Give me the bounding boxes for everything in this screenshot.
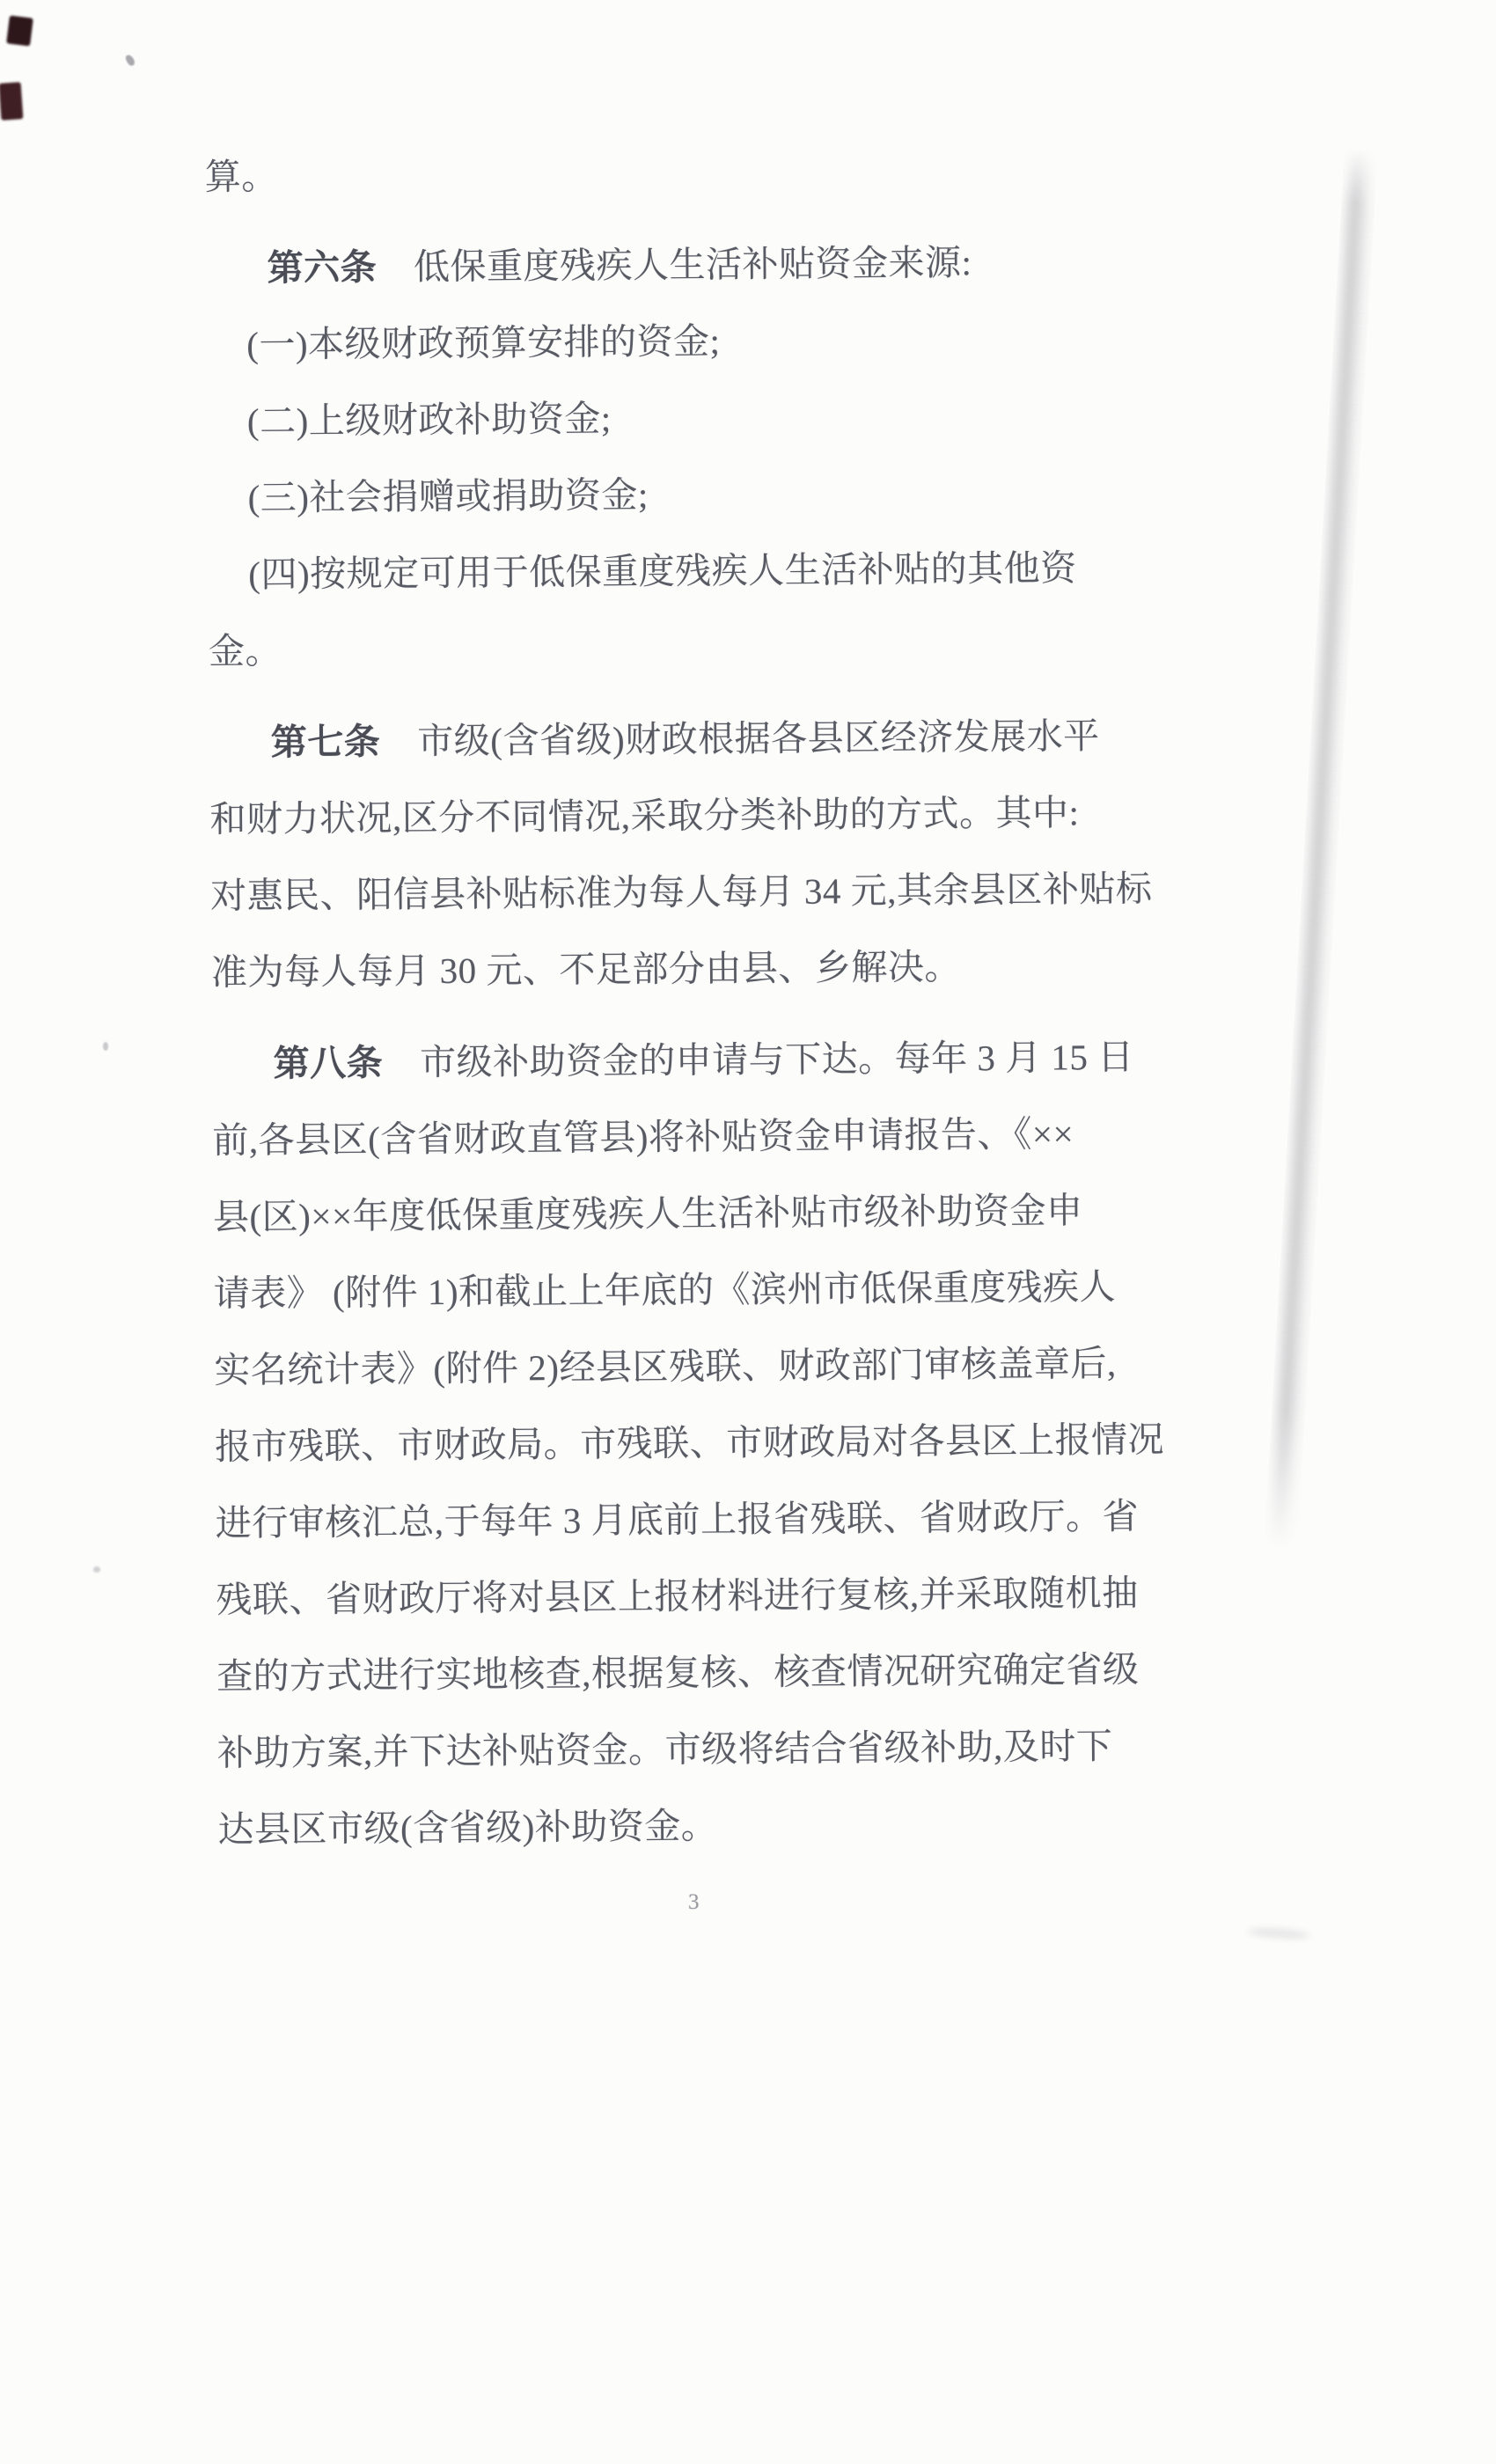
line-text: 残联、省财政厅将对县区上报材料进行复核,并采取随机抽 <box>216 1573 1139 1620</box>
line-text: 达县区市级(含省级)补助资金。 <box>217 1806 717 1850</box>
text-line: 第六条低保重度残疾人生活补贴资金来源: <box>267 221 1496 307</box>
line-text: 市级(含省级)财政根据各县区经济发展水平 <box>417 715 1100 761</box>
text-line: 县(区)××年度低保重度残疾人生活补贴市级补助资金申 <box>213 1170 1496 1257</box>
line-text: 准为每人每月 30 元、不足部分由县、乡解决。 <box>211 946 961 993</box>
text-line: 报市残联、市财政局。市残联、市财政局对各县区上报情况 <box>215 1398 1496 1485</box>
line-text: 低保重度残疾人生活补贴资金来源: <box>414 242 972 287</box>
line-text: (四)按规定可用于低保重度残疾人生活补贴的其他资 <box>248 547 1077 594</box>
line-text: 金。 <box>209 630 282 671</box>
line-text: 实名统计表》(附件 2)经县区残联、财政部门审核盖章后, <box>214 1343 1117 1390</box>
text-line: 第七条市级(含省级)财政根据各县区经济发展水平 <box>270 695 1496 781</box>
line-text: 和财力状况,区分不同情况,采取分类补助的方式。其中: <box>209 792 1079 840</box>
article-number: 第六条 <box>267 247 377 289</box>
text-line: 实名统计表》(附件 2)经县区残联、财政部门审核盖章后, <box>214 1322 1496 1409</box>
text-line: 第八条市级补助资金的申请与下达。每年 3 月 15 日 <box>273 1016 1496 1103</box>
text-line: 和财力状况,区分不同情况,采取分类补助的方式。其中: <box>209 772 1496 859</box>
text-line: (二)上级财政补助资金; <box>247 374 1496 460</box>
binding-mark-lower-icon <box>0 82 23 121</box>
line-text: (二)上级财政补助资金; <box>247 398 612 441</box>
text-line: (四)按规定可用于低保重度残疾人生活补贴的其他资 <box>248 527 1496 613</box>
scanned-document-page: 算。 第六条低保重度残疾人生活补贴资金来源: (一)本级财政预算安排的资金; (… <box>0 0 1496 2464</box>
text-line: 对惠民、阳信县补贴标准为每人每月 34 元,其余县区补贴标 <box>210 848 1496 935</box>
line-text: 补助方案,并下达补贴资金。市级将结合省级补助,及时下 <box>217 1726 1113 1773</box>
text-line: 残联、省财政厅将对县区上报材料进行复核,并采取随机抽 <box>216 1551 1496 1639</box>
text-line: 请表》 (附件 1)和截止上年底的《滨州市低保重度残疾人 <box>213 1246 1496 1333</box>
line-text: 市级补助资金的申请与下达。每年 3 月 15 日 <box>420 1037 1134 1082</box>
scan-speck <box>124 54 136 67</box>
line-text: 县(区)××年度低保重度残疾人生活补贴市级补助资金申 <box>213 1190 1083 1237</box>
text-line: 前,各县区(含省财政直管县)将补贴资金申请报告、《×× <box>212 1093 1496 1180</box>
line-text: 算。 <box>205 156 278 197</box>
document-text: 算。 第六条低保重度残疾人生活补贴资金来源: (一)本级财政预算安排的资金; (… <box>0 129 1496 1870</box>
text-line: 补助方案,并下达补贴资金。市级将结合省级补助,及时下 <box>216 1705 1496 1792</box>
line-text: 对惠民、阳信县补贴标准为每人每月 34 元,其余县区补贴标 <box>210 869 1153 916</box>
text-line: 金。 <box>209 604 1496 691</box>
line-text: 查的方式进行实地核查,根据复核、核查情况研究确定省级 <box>216 1649 1140 1697</box>
text-line: 算。 <box>204 129 1495 216</box>
text-line: (三)社会捐赠或捐助资金; <box>247 451 1496 537</box>
binding-mark-top-icon <box>6 15 33 46</box>
scan-smudge <box>1248 1927 1310 1940</box>
article-number: 第八条 <box>274 1042 384 1083</box>
article-number: 第七条 <box>271 722 381 763</box>
page-number: 3 <box>688 1890 700 1915</box>
text-line: 进行审核汇总,于每年 3 月底前上报省残联、省财政厅。省 <box>215 1475 1496 1562</box>
line-text: (一)本级财政预算安排的资金; <box>246 320 721 364</box>
text-line: 准为每人每月 30 元、不足部分由县、乡解决。 <box>211 925 1496 1012</box>
text-line: (一)本级财政预算安排的资金; <box>246 297 1496 384</box>
line-text: (三)社会捐赠或捐助资金; <box>247 474 649 518</box>
line-text: 报市残联、市财政局。市残联、市财政局对各县区上报情况 <box>215 1419 1164 1467</box>
text-line: 达县区市级(含省级)补助资金。 <box>217 1781 1496 1868</box>
line-text: 前,各县区(含省财政直管县)将补贴资金申请报告、《×× <box>212 1113 1074 1161</box>
line-text: 进行审核汇总,于每年 3 月底前上报省残联、省财政厅。省 <box>216 1496 1140 1544</box>
line-text: 请表》 (附件 1)和截止上年底的《滨州市低保重度残疾人 <box>214 1266 1117 1314</box>
text-line: 查的方式进行实地核查,根据复核、核查情况研究确定省级 <box>216 1628 1496 1715</box>
